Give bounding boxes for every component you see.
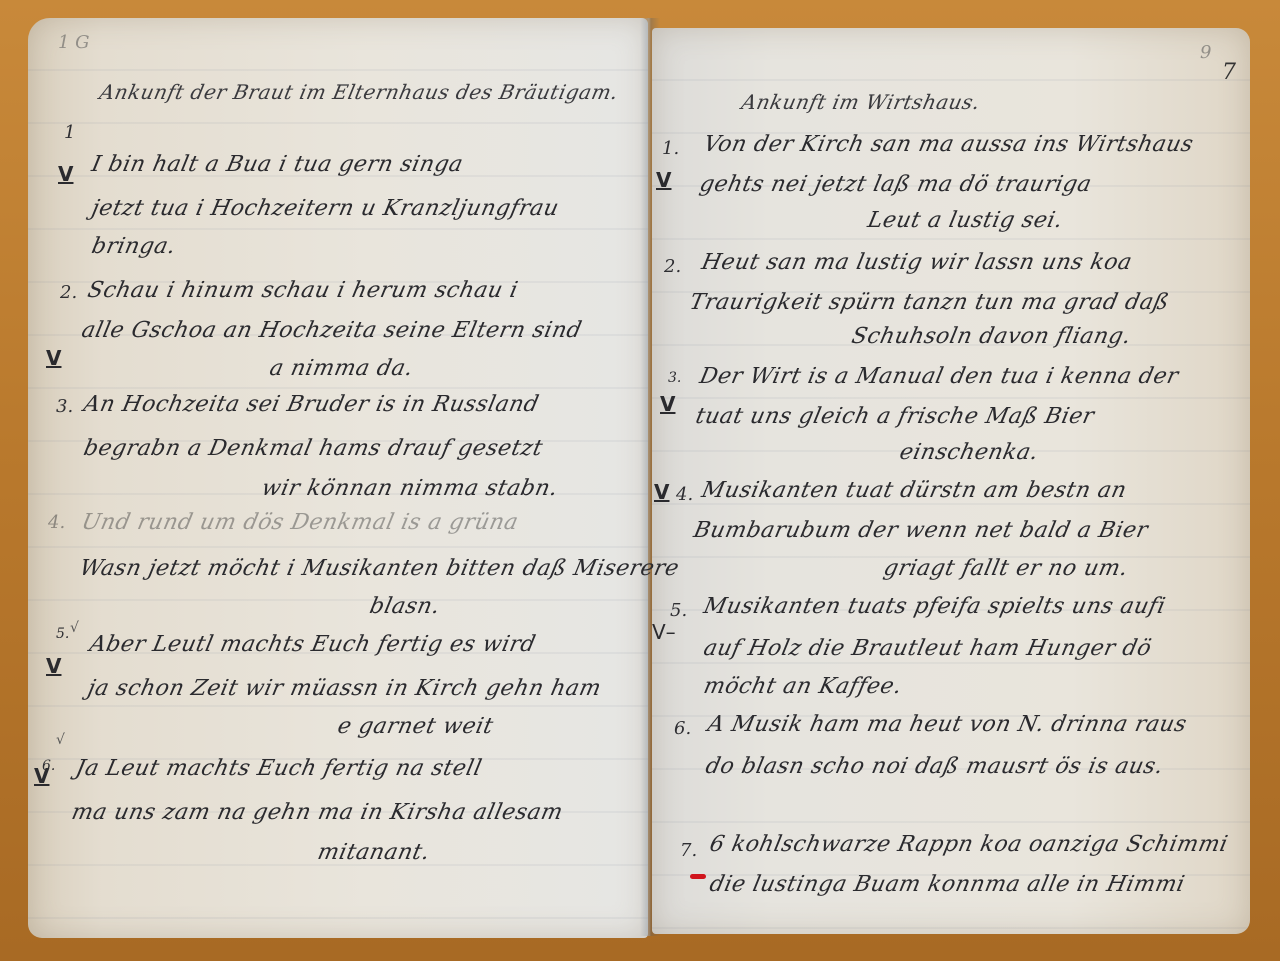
verse-line-faint: Und rund um dös Denkmal is a grüna — [79, 510, 520, 535]
verse-line: Musikanten tuats pfeifa spielts uns aufi — [701, 594, 1167, 619]
check-mark: V — [660, 392, 675, 416]
verse-line: jetzt tua i Hochzeitern u Kranzljungfrau — [89, 196, 561, 221]
verse-line: tuat uns gleich a frische Maß Bier — [693, 404, 1096, 429]
verse-line: griagt fallt er no um. — [881, 556, 1130, 581]
verse-number: 1 — [64, 122, 75, 143]
page-number: 7 — [1222, 60, 1236, 85]
verse-number: 4. — [48, 512, 65, 533]
check-mark: V — [58, 162, 73, 186]
left-page-title: Ankunft der Braut im Elternhaus des Bräu… — [97, 80, 620, 104]
verse-number: 7. — [680, 840, 697, 861]
verse-line: Bumbarubum der wenn net bald a Bier — [691, 518, 1150, 543]
verse-line: ma uns zam na gehn ma in Kirsha allesam — [69, 800, 565, 825]
check-mark: V — [656, 168, 671, 192]
verse-line: gehts nei jetzt laß ma dö trauriga — [697, 172, 1094, 197]
verse-number: 2. — [664, 256, 681, 277]
verse-number: 3. — [668, 370, 681, 386]
verse-line: Schuhsoln davon fliang. — [849, 324, 1133, 349]
verse-number: 5. — [670, 600, 687, 621]
check-mark: V — [654, 480, 669, 504]
open-notebook: 1 G Ankunft der Braut im Elternhaus des … — [0, 0, 1280, 961]
verse-line: möcht an Kaffee. — [701, 674, 904, 699]
verse-number: 5. — [56, 626, 69, 642]
right-corner-mark: 9 — [1200, 42, 1211, 63]
verse-line: mitanant. — [315, 840, 432, 865]
verse-line: I bin halt a Bua i tua gern singa — [89, 152, 465, 177]
verse-number: 6. — [42, 758, 55, 774]
verse-line: a nimma da. — [267, 356, 415, 381]
right-page-title: Ankunft im Wirtshaus. — [739, 90, 982, 114]
check-mark: V — [46, 654, 61, 678]
verse-line: die lustinga Buam konnma alle in Himmi — [707, 872, 1187, 897]
left-corner-mark: 1 G — [58, 32, 90, 53]
check-mark: V — [46, 346, 61, 370]
verse-line: alle Gschoa an Hochzeita seine Eltern si… — [79, 318, 584, 343]
verse-line: Traurigkeit spürn tanzn tun ma grad daß — [687, 290, 1171, 315]
verse-line: Ja Leut machts Euch fertig na stell — [73, 756, 484, 781]
verse-line: Von der Kirch san ma aussa ins Wirtshaus — [701, 132, 1195, 157]
verse-number: 3. — [56, 396, 73, 417]
verse-line: Wasn jetzt möcht i Musikanten bitten daß… — [77, 556, 681, 581]
check-mark: V– — [652, 620, 676, 644]
verse-line: A Musik ham ma heut von N. drinna raus — [705, 712, 1189, 737]
verse-line: Der Wirt is a Manual den tua i kenna der — [697, 364, 1180, 389]
verse-line: Leut a lustig sei. — [865, 208, 1065, 233]
verse-line: bringa. — [89, 234, 178, 259]
red-ink-mark — [690, 874, 706, 879]
verse-line: begrabn a Denkmal hams drauf gesetzt — [81, 436, 545, 461]
verse-line: Heut san ma lustig wir lassn uns koa — [699, 250, 1134, 275]
verse-line: auf Holz die Brautleut ham Hunger dö — [701, 636, 1153, 661]
verse-line: Schau i hinum schau i herum schau i — [85, 278, 520, 303]
verse-line: e garnet weit — [335, 714, 495, 739]
verse-line: einschenka. — [897, 440, 1040, 465]
small-check-mark: √ — [70, 620, 79, 636]
small-check-mark: √ — [56, 732, 65, 748]
verse-line: An Hochzeita sei Bruder is in Russland — [81, 392, 541, 417]
verse-line: ja schon Zeit wir müassn in Kirch gehn h… — [85, 676, 603, 701]
verse-line: wir könnan nimma stabn. — [259, 476, 560, 501]
verse-line: Musikanten tuat dürstn am bestn an — [699, 478, 1129, 503]
verse-number: 2. — [60, 282, 77, 303]
verse-number: 4. — [676, 484, 693, 505]
verse-number: 1. — [662, 138, 679, 159]
verse-line: 6 kohlschwarze Rappn koa oanziga Schimmi — [707, 832, 1230, 857]
verse-number: 6. — [674, 718, 691, 739]
verse-line: Aber Leutl machts Euch fertig es wird — [87, 632, 538, 657]
verse-line: blasn. — [367, 594, 442, 619]
verse-line: do blasn scho noi daß mausrt ös is aus. — [703, 754, 1165, 779]
